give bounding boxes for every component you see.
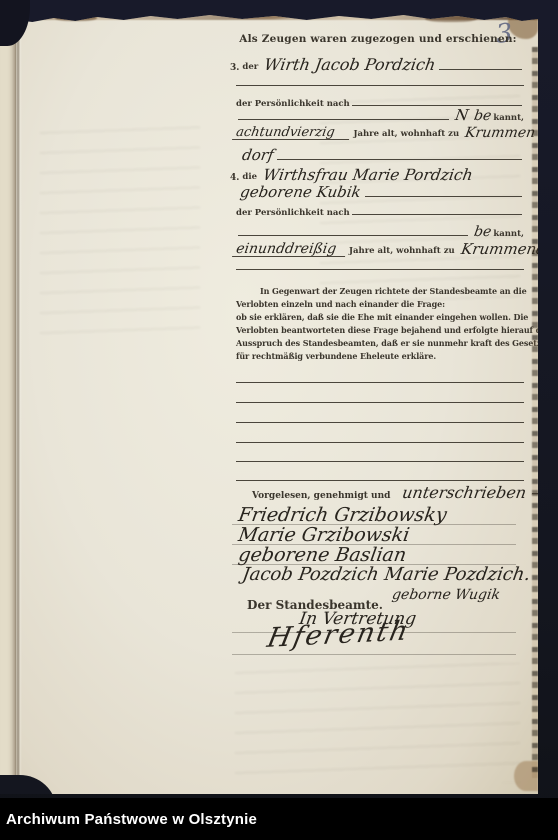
signature-couple: Jacob Pozdzich Marie Pozdzich.	[238, 566, 535, 584]
signature-witness2-maiden: geborene Baslian	[234, 546, 411, 565]
paper-stain	[55, 14, 97, 21]
declaration-line: Verlobten beantworteten diese Frage beja…	[236, 324, 528, 337]
signature-witness2: Marie Grzibowski	[234, 526, 414, 545]
witness3-article: der	[242, 62, 258, 72]
blank-ruled-line	[236, 85, 524, 86]
declaration-line: Ausspruch des Standesbeamten, daß er sie…	[236, 337, 528, 350]
registrar-signature: Hferenth	[262, 617, 415, 652]
declaration-line: für rechtmäßig verbundene Eheleute erklä…	[236, 350, 528, 363]
blank-line	[365, 195, 523, 197]
ink-bleedthrough	[40, 123, 200, 343]
blank-line	[439, 68, 522, 70]
paper-stain	[514, 761, 538, 791]
closing-handwriting: unterschrieben —	[398, 485, 552, 501]
witness-section-header: Als Zeugen waren zugezogen und erschiene…	[230, 33, 526, 45]
blank-line	[352, 213, 522, 215]
signature-witness1: Friedrich Grzibowsky	[234, 506, 451, 525]
age-handwriting: einunddreißig	[232, 242, 347, 257]
residence-handwriting: Krummendorf	[457, 242, 558, 257]
witness3-number: 3.	[230, 63, 239, 73]
witness4-identity-row: der Persönlichkeit nach	[236, 204, 524, 218]
paper-stain	[425, 14, 477, 22]
witness3-name-row: 3. der Wirth Jacob Pordzich	[230, 51, 524, 73]
residence-handwriting: Krummen ʺ	[461, 126, 550, 140]
blank-line	[352, 104, 522, 106]
archive-name: Archiwum Państwowe w Olsztynie	[6, 811, 257, 828]
blank-ruled-line	[236, 480, 524, 481]
maiden-name-handwriting: geborene Kubik	[236, 185, 365, 200]
witness4-maiden-row: geborene Kubik	[236, 179, 524, 200]
blank-ruled-line	[236, 422, 524, 423]
age-label: Jahre alt, wohnhaft zu	[353, 129, 459, 139]
blank-ruled-line	[236, 269, 524, 270]
previous-page-edge	[0, 13, 16, 794]
blank-ruled-line	[236, 382, 524, 383]
blank-ruled-line	[236, 402, 524, 403]
blank-ruled-line	[236, 442, 524, 443]
declaration-line: Verlobten einzeln und nach einander die …	[236, 298, 528, 311]
book-gutter-crease	[15, 13, 22, 794]
archive-photograph: 3 Als Zeugen waren zugezogen und erschie…	[0, 0, 558, 840]
witness4-age-row: einunddreißig Jahre alt, wohnhaft zu Kru…	[232, 236, 534, 257]
closing-printed: Vorgelesen, genehmigt und	[252, 491, 390, 501]
witness3-age-row: achtundvierzig Jahre alt, wohnhaft zu Kr…	[232, 119, 532, 140]
closing-row: Vorgelesen, genehmigt und unterschrieben…	[252, 483, 532, 501]
declaration-line: In Gegenwart der Zeugen richtete der Sta…	[236, 285, 528, 298]
witness3-residence2-row: dorf	[238, 142, 524, 163]
declaration-paragraph: In Gegenwart der Zeugen richtete der Sta…	[236, 285, 528, 363]
signature-couple-maiden: geborne Wugik	[388, 588, 504, 602]
paper-stain	[228, 13, 290, 19]
age-label: Jahre alt, wohnhaft zu	[349, 246, 455, 256]
blank-line	[277, 158, 522, 160]
ink-bleedthrough	[235, 663, 520, 783]
age-handwriting: achtundvierzig	[232, 126, 352, 140]
archive-caption-bar: Archiwum Państwowe w Olsztynie	[0, 798, 558, 840]
blank-ruled-line	[236, 461, 524, 462]
faint-ruled-line	[232, 654, 516, 655]
witness3-name-handwriting: Wirth Jacob Pordzich	[260, 57, 440, 73]
register-page: 3 Als Zeugen waren zugezogen und erschie…	[0, 13, 538, 794]
identity-label: der Persönlichkeit nach	[236, 208, 350, 218]
declaration-line: ob sie erklären, daß sie die Ehe mit ein…	[236, 311, 528, 324]
